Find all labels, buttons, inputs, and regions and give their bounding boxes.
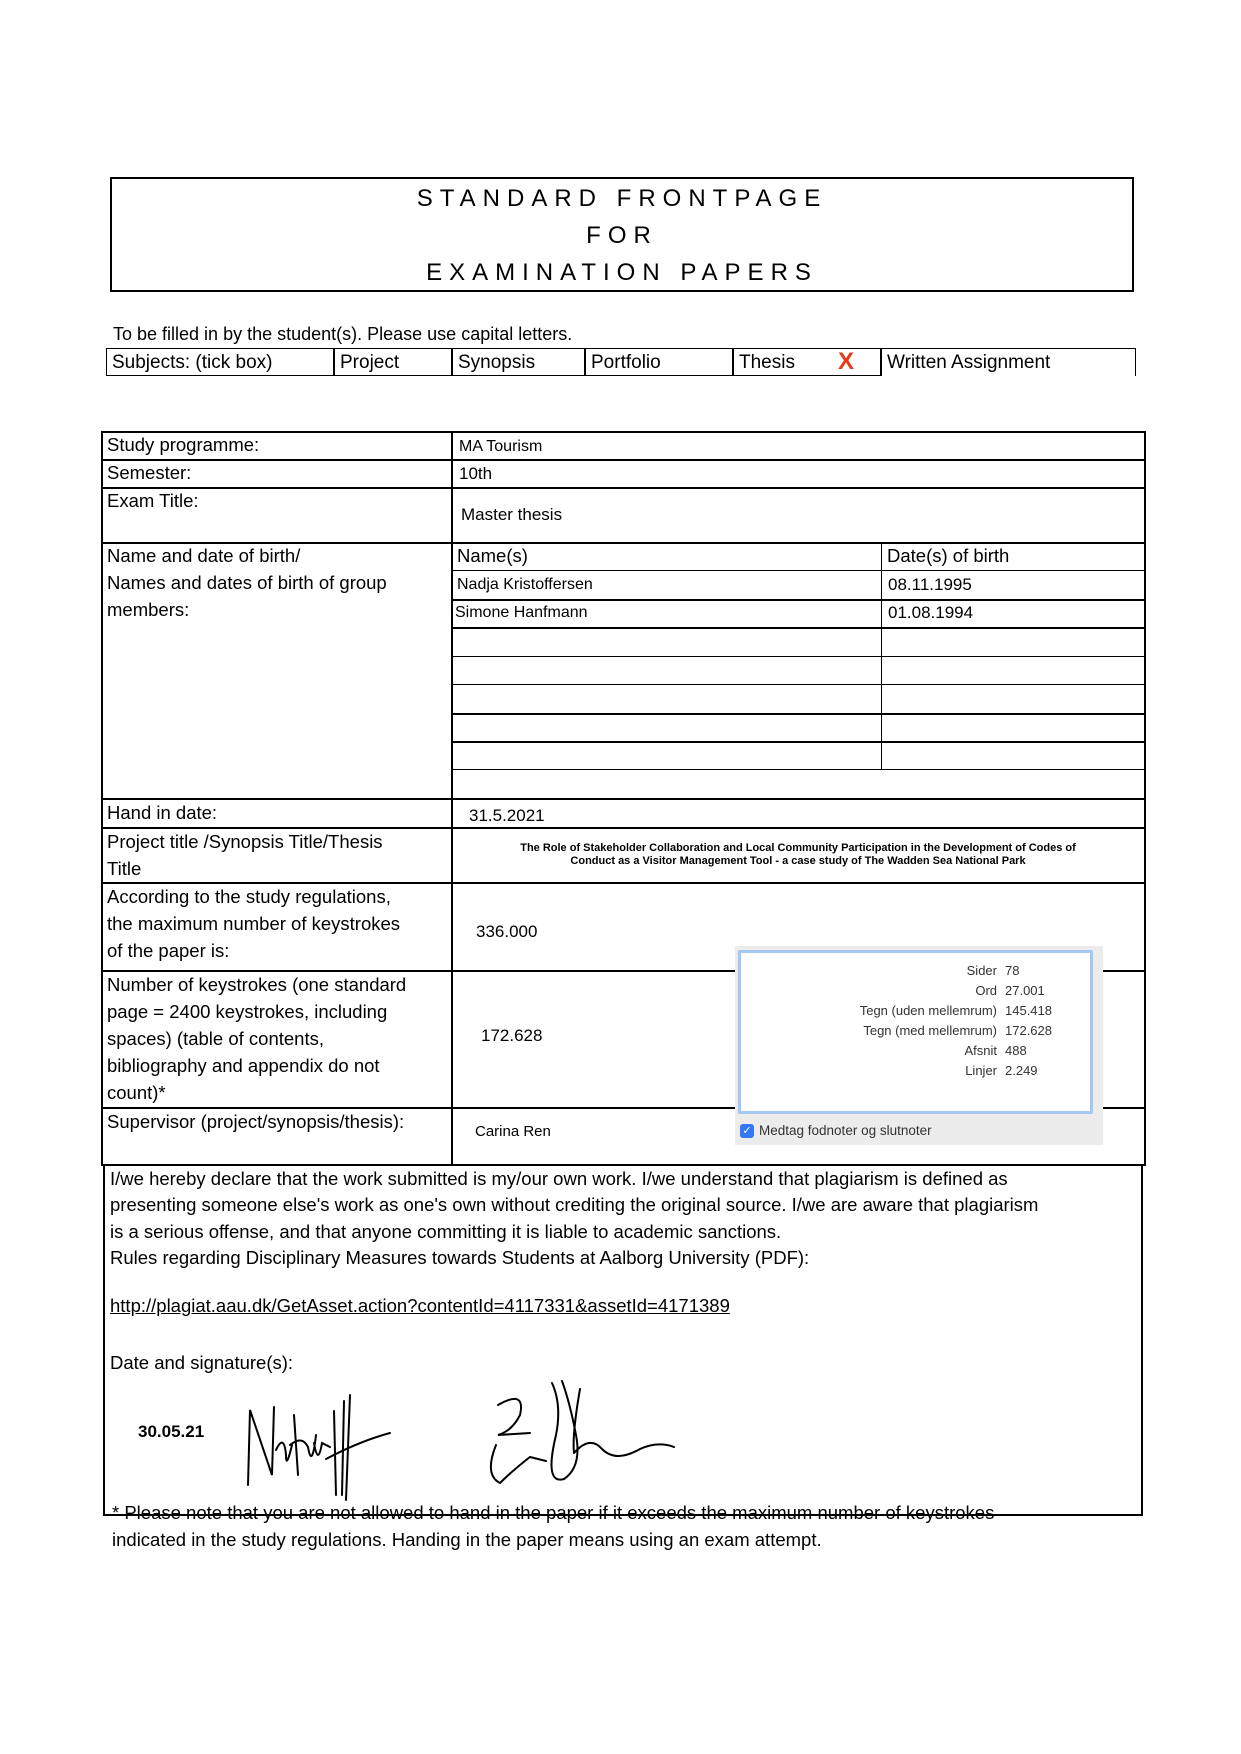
- subject-option-portfolio[interactable]: Portfolio: [585, 348, 733, 376]
- num-keystrokes-label-4: bibliography and appendix do not: [107, 1052, 380, 1079]
- max-keystrokes-label-3: of the paper is:: [107, 937, 229, 964]
- wc-row-paragraphs: Afsnit 488: [735, 1043, 1090, 1063]
- num-keystrokes-label-5: count)*: [107, 1079, 166, 1106]
- semester-value[interactable]: 10th: [459, 464, 492, 484]
- project-title-label-2: Title: [107, 855, 141, 882]
- title-line-3: EXAMINATION PAPERS: [112, 259, 1132, 287]
- num-keystrokes-label-3: spaces) (table of contents,: [107, 1025, 324, 1052]
- declaration-line-1: I/we hereby declare that the work submit…: [110, 1166, 1130, 1193]
- signature-label: Date and signature(s):: [110, 1350, 1130, 1377]
- wc-row-pages: Sider 78: [735, 963, 1090, 983]
- members-label-2: Names and dates of birth of group: [107, 569, 387, 596]
- include-footnotes-label: Medtag fodnoter og slutnoter: [759, 1123, 932, 1138]
- subject-option-project[interactable]: Project: [334, 348, 452, 376]
- project-title-value[interactable]: The Role of Stakeholder Collaboration an…: [458, 842, 1138, 868]
- subjects-label: Subjects: (tick box): [106, 348, 334, 376]
- supervisor-label: Supervisor (project/synopsis/thesis):: [107, 1108, 404, 1135]
- signature-2: [491, 1381, 674, 1483]
- word-count-panel: Sider 78 Ord 27.001 Tegn (uden mellemrum…: [738, 950, 1093, 1114]
- footnote-line-1: * Please note that you are not allowed t…: [112, 1500, 1132, 1527]
- semester-label: Semester:: [107, 459, 191, 486]
- supervisor-value[interactable]: Carina Ren: [475, 1123, 551, 1140]
- subject-option-written-assignment[interactable]: Written Assignment: [881, 348, 1136, 376]
- title-line-2: FOR: [112, 222, 1132, 250]
- num-keystrokes-label-2: page = 2400 keystrokes, including: [107, 998, 387, 1025]
- footnote: * Please note that you are not allowed t…: [112, 1500, 1132, 1553]
- max-keystrokes-label-2: the maximum number of keystrokes: [107, 910, 400, 937]
- study-programme-label: Study programme:: [107, 431, 259, 458]
- thesis-tick-mark: X: [838, 348, 854, 376]
- project-title-line-2: Conduct as a Visitor Management Tool - a…: [458, 855, 1138, 868]
- declaration-line-3: is a serious offense, and that anyone co…: [110, 1219, 1130, 1246]
- declaration-line-4: Rules regarding Disciplinary Measures to…: [110, 1245, 1130, 1272]
- exam-title-value[interactable]: Master thesis: [461, 505, 562, 525]
- member-name-2[interactable]: Simone Hanfmann: [455, 604, 588, 622]
- project-title-line-1: The Role of Stakeholder Collaboration an…: [458, 842, 1138, 855]
- word-count-popup: Sider 78 Ord 27.001 Tegn (uden mellemrum…: [735, 946, 1103, 1145]
- wc-row-chars-no-spaces: Tegn (uden mellemrum) 145.418: [735, 1003, 1090, 1023]
- wc-row-lines: Linjer 2.249: [735, 1063, 1090, 1083]
- subject-option-thesis-label: Thesis: [739, 352, 795, 373]
- project-title-label-1: Project title /Synopsis Title/Thesis: [107, 828, 383, 855]
- signature-date: 30.05.21: [138, 1422, 204, 1442]
- names-column-header: Name(s): [457, 542, 528, 569]
- wc-row-words: Ord 27.001: [735, 983, 1090, 1003]
- member-name-1[interactable]: Nadja Kristoffersen: [457, 576, 593, 594]
- max-keystrokes-value[interactable]: 336.000: [476, 922, 537, 942]
- subject-option-thesis[interactable]: Thesis: [733, 348, 881, 376]
- num-keystrokes-label-1: Number of keystrokes (one standard: [107, 971, 406, 998]
- title-line-1: STANDARD FRONTPAGE: [112, 185, 1132, 213]
- max-keystrokes-label-1: According to the study regulations,: [107, 883, 391, 910]
- wc-row-chars-with-spaces: Tegn (med mellemrum) 172.628: [735, 1023, 1090, 1043]
- instructions-text: To be filled in by the student(s). Pleas…: [113, 324, 572, 345]
- hand-in-date-value[interactable]: 31.5.2021: [469, 806, 545, 826]
- members-label-1: Name and date of birth/: [107, 542, 300, 569]
- dob-column-header: Date(s) of birth: [887, 542, 1009, 569]
- subject-option-synopsis[interactable]: Synopsis: [452, 348, 585, 376]
- include-footnotes-checkbox[interactable]: ✓: [740, 1124, 754, 1138]
- exam-title-label: Exam Title:: [107, 487, 199, 514]
- hand-in-date-label: Hand in date:: [107, 799, 217, 826]
- signature-drawings: [240, 1375, 760, 1505]
- members-label-3: members:: [107, 596, 189, 623]
- signature-1: [248, 1395, 390, 1500]
- declaration-line-2: presenting someone else's work as one's …: [110, 1192, 1130, 1219]
- title-box: STANDARD FRONTPAGE FOR EXAMINATION PAPER…: [110, 177, 1134, 292]
- study-programme-value[interactable]: MA Tourism: [459, 438, 542, 456]
- member-dob-1[interactable]: 08.11.1995: [888, 575, 972, 595]
- num-keystrokes-value[interactable]: 172.628: [481, 1026, 542, 1046]
- disciplinary-rules-link[interactable]: http://plagiat.aau.dk/GetAsset.action?co…: [110, 1295, 730, 1317]
- footnote-line-2: indicated in the study regulations. Hand…: [112, 1527, 1132, 1554]
- member-dob-2[interactable]: 01.08.1994: [888, 603, 973, 623]
